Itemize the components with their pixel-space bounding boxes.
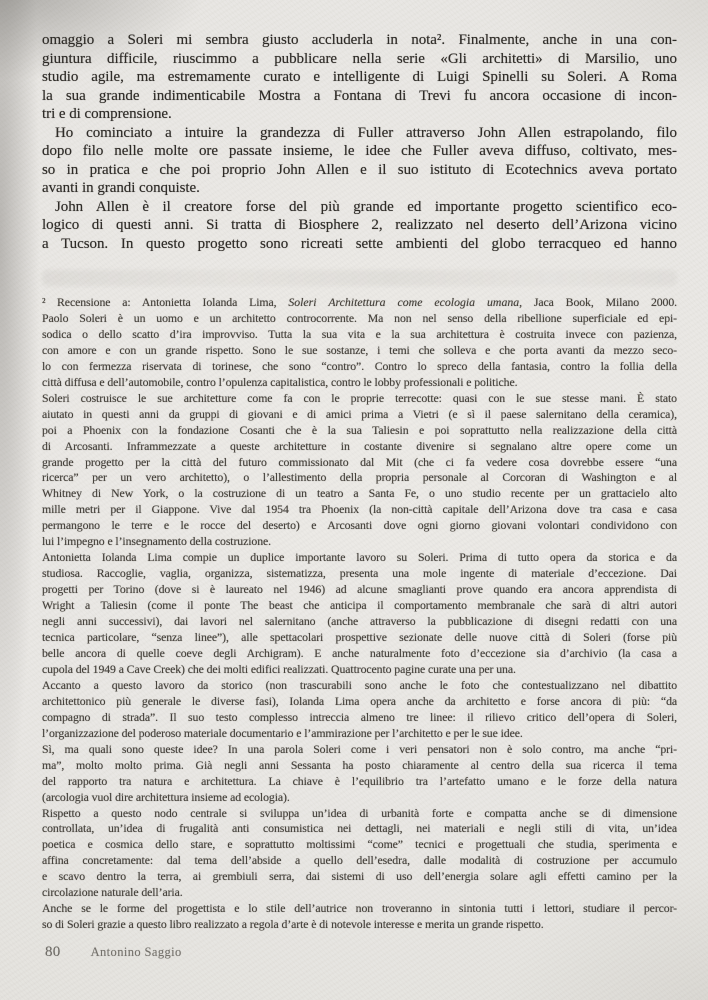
page-number: 80 — [45, 944, 61, 961]
text-line: con amore e con un grande rispetto. Sono… — [42, 343, 677, 359]
paragraph: ² Recensione a: Antonietta Iolanda Lima,… — [42, 295, 677, 391]
text-line: architettonico più generale le diverse f… — [42, 694, 677, 710]
text-line: omaggio a Soleri mi sembra giusto acclud… — [42, 31, 677, 50]
paragraph: John Allen è il creatore forse del più g… — [42, 198, 677, 254]
text-line: compagno di strada”. Il suo testo comple… — [42, 710, 677, 726]
text-line: logico di questi anni. Si tratta di Bios… — [42, 216, 677, 235]
paragraph: Anche se le forme del progettista e lo s… — [42, 901, 677, 933]
running-author: Antonino Saggio — [91, 945, 182, 960]
text-line: aiutato in questi anni da gruppi di giov… — [42, 407, 677, 423]
text-line: ricerca” per un vero architetto), o l’al… — [42, 470, 677, 486]
text-line: cupola del 1949 a Cave Creek) che dei mo… — [42, 662, 677, 678]
text-line: John Allen è il creatore forse del più g… — [42, 198, 677, 217]
text-line: permangono le terre e le rocce del deser… — [42, 518, 677, 534]
paragraph: Antonietta Iolanda Lima compie un duplic… — [42, 550, 677, 678]
text-line: lo con fermezza riservata di torinese, c… — [42, 359, 677, 375]
paragraph: Rispetto a questo nodo centrale si svilu… — [42, 806, 677, 902]
text-line: (arcologia vuol dire architettura insiem… — [42, 790, 677, 806]
paragraph: Sì, ma quali sono queste idee? In una pa… — [42, 742, 677, 806]
text-line: progetti per Torino (dove si è laureato … — [42, 582, 677, 598]
text-line: la sua grande indimenticabile Mostra a F… — [42, 87, 677, 106]
text-line: mille metri per il Giappone. Vive dal 19… — [42, 502, 677, 518]
text-line: del rapporto tra natura e architettura. … — [42, 774, 677, 790]
text-line: Whitney di New York, o la costruzione di… — [42, 486, 677, 502]
text-line: Wright a Taliesin (come il ponte The bea… — [42, 598, 677, 614]
text-line: Ho cominciato a intuire la grandezza di … — [42, 124, 677, 143]
text-line: poi a Phoenix con la fondazione Cosanti … — [42, 423, 677, 439]
paragraph: Accanto a questo lavoro da storico (non … — [42, 678, 677, 742]
text-line: Anche se le forme del progettista e lo s… — [42, 901, 677, 917]
text-line: negli anni successivi), dai lavori nel s… — [42, 614, 677, 630]
text-line: ² Recensione a: Antonietta Iolanda Lima,… — [42, 295, 677, 311]
footnote-block: ² Recensione a: Antonietta Iolanda Lima,… — [42, 295, 677, 933]
text-line: Paolo Soleri è un uomo e un architetto c… — [42, 311, 677, 327]
page-footer: 80 Antonino Saggio — [45, 944, 182, 961]
text-line: avanti in grandi conquiste. — [42, 179, 677, 198]
text-line: belle ancora di quelle coeve degli Archi… — [42, 646, 677, 662]
text-line: studiosa. Raccoglie, vaglia, organizza, … — [42, 566, 677, 582]
paragraph: omaggio a Soleri mi sembra giusto acclud… — [42, 31, 677, 124]
text-line: Antonietta Iolanda Lima compie un duplic… — [42, 550, 677, 566]
text-line: lui l’impegno e l’insegnamento della cos… — [42, 534, 677, 550]
text-line: dopo filo nelle molte ore passate insiem… — [42, 142, 677, 161]
text-line: Rispetto a questo nodo centrale si svilu… — [42, 806, 677, 822]
text-line: studio agile, ma estremamente curato e i… — [42, 68, 677, 87]
main-text-block: omaggio a Soleri mi sembra giusto acclud… — [42, 31, 677, 253]
paragraph: Soleri costruisce le sue architetture co… — [42, 391, 677, 551]
text-line: sodica o dello scatto d’ira improvviso. … — [42, 327, 677, 343]
text-line: a Tucson. In questo progetto sono ricrea… — [42, 235, 677, 254]
text-line: so di Soleri grazie a questo libro reali… — [42, 917, 677, 933]
text-line: tecnica particolare, “senza linee”), all… — [42, 630, 677, 646]
text-line: città diffusa e dell’automobile, contro … — [42, 375, 677, 391]
text-line: Soleri costruisce le sue architetture co… — [42, 391, 677, 407]
text-line: so in pratica e che poi proprio John All… — [42, 161, 677, 180]
book-page-scan: omaggio a Soleri mi sembra giusto acclud… — [0, 0, 708, 1000]
text-line: di Arcosanti. Inframmezzate a queste arc… — [42, 439, 677, 455]
text-line: controllata, un’idea di frugalità anti c… — [42, 821, 677, 837]
text-line: Sì, ma quali sono queste idee? In una pa… — [42, 742, 677, 758]
scan-bleed-artifact — [42, 270, 677, 286]
text-line: e scavo dentro la terra, ai grembiuli se… — [42, 869, 677, 885]
text-line: grande progetto per la città del futuro … — [42, 455, 677, 471]
paragraph: Ho cominciato a intuire la grandezza di … — [42, 124, 677, 198]
text-line: ma”, molto molto prima. Già negli anni S… — [42, 758, 677, 774]
text-line: tri e di comprensione. — [42, 105, 677, 124]
text-line: affina concretamente: dal tema dell’absi… — [42, 853, 677, 869]
text-line: giuntura difficile, riuscimmo a pubblica… — [42, 50, 677, 69]
text-line: l’organizzazione del poderoso materiale … — [42, 726, 677, 742]
text-line: circolazione naturale dell’aria. — [42, 885, 677, 901]
text-line: poetica e cosmica dello stare, e sopratt… — [42, 837, 677, 853]
text-line: Accanto a questo lavoro da storico (non … — [42, 678, 677, 694]
